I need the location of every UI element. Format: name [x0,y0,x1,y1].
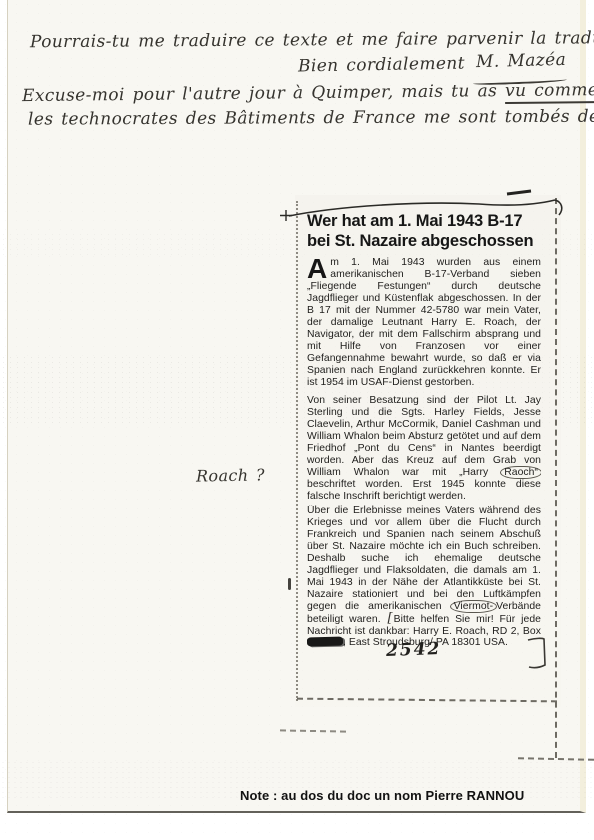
newspaper-clipping: Wer hat am 1. Mai 1943 B-17 bei St. Naza… [295,195,561,707]
clipping-headline: Wer hat am 1. Mai 1943 B-17 bei St. Naza… [307,211,553,251]
article-paragraph-1: Am 1. Mai 1943 wurden aus einem amerikan… [307,257,541,390]
torn-edge-bottom [297,698,557,703]
handwritten-box-number: 2542 [386,639,442,661]
margin-annotation: Roach ? [196,465,265,485]
handwritten-apology-line-2: les technocrates des Bâtiments de France… [28,106,594,129]
headline-line-2: bei St. Nazaire abgeschossen [307,231,553,251]
scanned-document: Pourrais-tu me traduire ce texte et me f… [0,0,594,840]
handwritten-closing: Bien cordialement [298,54,465,77]
signature: M. Mazéa [476,50,567,72]
bracket-icon [524,634,550,674]
drop-cap: A [307,257,330,280]
paragraph-text: m 1. Mai 1943 wurden aus einem amerikani… [307,257,541,388]
plus-mark-icon [280,210,292,221]
handwritten-request-line: Pourrais-tu me traduire ce texte et me f… [30,28,594,52]
torn-edge-right [555,198,557,758]
footer-note: Note : au dos du doc un nom Pierre RANNO… [240,788,524,803]
torn-edge-left [296,201,298,701]
pen-tick-icon [288,578,291,590]
headline-line-1: Wer hat am 1. Mai 1943 B-17 [307,211,553,231]
pen-dash-icon [507,191,531,194]
article-paragraph-2: Von seiner Besatzung sind der Pilot Lt. … [307,395,541,503]
